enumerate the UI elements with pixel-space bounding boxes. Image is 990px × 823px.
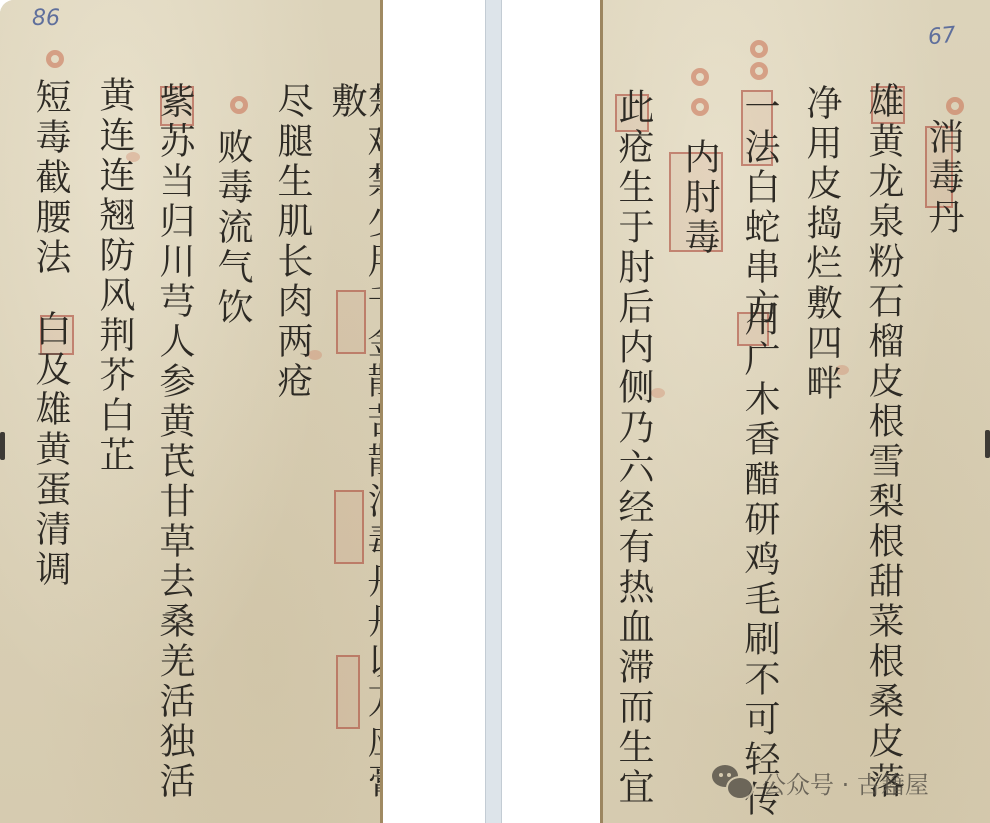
text-column-5: 用广木香醋研鸡毛刷不可轻传 bbox=[741, 300, 777, 820]
wechat-icon bbox=[712, 765, 752, 799]
viewer-gap bbox=[502, 0, 600, 823]
binding-mark bbox=[0, 432, 5, 460]
text-column-1: 楚难禁少用千金散苦散消毒丹丹以万应膏敷 bbox=[328, 82, 383, 823]
seal-ring-mark bbox=[691, 98, 709, 116]
text-column-6: 短毒截腰法 bbox=[32, 78, 68, 278]
text-column-5: 黄连连翘防风荆芥白芷 bbox=[96, 76, 132, 476]
page-number: 86 bbox=[32, 6, 60, 31]
seal-ring-mark bbox=[946, 97, 964, 115]
seal-ring-mark bbox=[750, 40, 768, 58]
page-separator bbox=[485, 0, 502, 823]
seal-ring-mark bbox=[691, 68, 709, 86]
text-column-3: 净用皮捣烂敷四畔 bbox=[803, 84, 839, 404]
text-column-4: 紫苏当归川芎人参黄芪甘草去桑羌活独活 bbox=[156, 82, 192, 802]
text-column-4: 一法白蛇串方 bbox=[741, 88, 777, 328]
text-column-3: 败毒流气饮 bbox=[214, 128, 250, 328]
seal-ring-mark bbox=[750, 62, 768, 80]
left-manuscript-page: 86 楚难禁少用千金散苦散消毒丹丹以万应膏敷 尽腿生肌长肉两疮 败毒流气饮 紫苏… bbox=[0, 0, 383, 823]
seal-ring-mark bbox=[230, 96, 248, 114]
right-manuscript-page: 67 消毒丹 雄黄龙泉粉石榴皮根雪梨根甜菜根桑皮落 净用皮捣烂敷四畔 一法白蛇串… bbox=[600, 0, 990, 823]
seal-ring-mark bbox=[46, 50, 64, 68]
text-column-2: 尽腿生肌长肉两疮 bbox=[274, 82, 310, 402]
text-column-7: 白及雄黄蛋清调 bbox=[32, 310, 68, 590]
text-column-2: 雄黄龙泉粉石榴皮根雪梨根甜菜根桑皮落 bbox=[865, 82, 901, 802]
viewer-gap bbox=[383, 0, 485, 823]
page-number: 67 bbox=[927, 23, 957, 51]
text-column-6: 内肘毒 bbox=[681, 138, 717, 258]
text-column-1: 消毒丹 bbox=[925, 118, 961, 238]
watermark-text: 公众号 · 古籍屋 bbox=[762, 765, 929, 800]
wechat-watermark: 公众号 · 古籍屋 bbox=[712, 762, 929, 802]
text-column-7: 此疮生于肘后内侧乃六经有热血滞而生宜 bbox=[615, 88, 651, 808]
binding-mark bbox=[985, 430, 990, 458]
